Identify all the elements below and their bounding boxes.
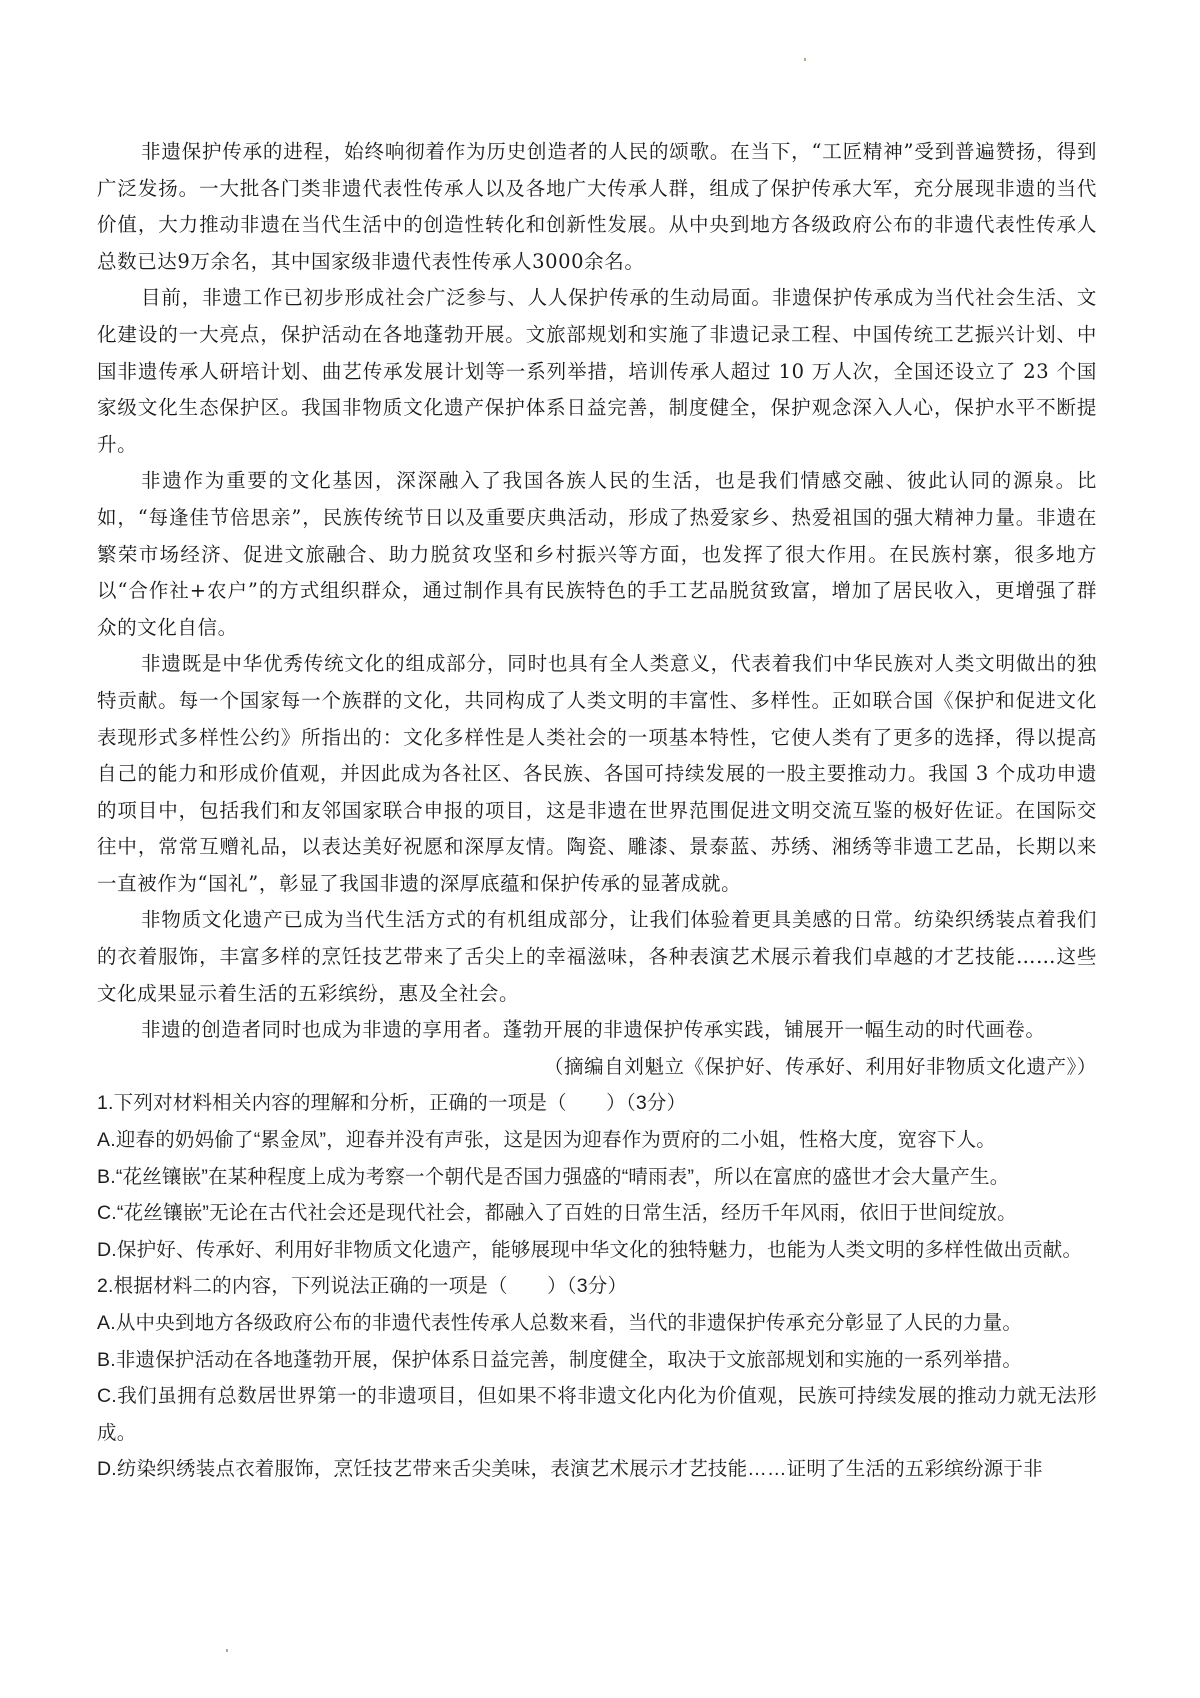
question-2-option-a: A.从中央到地方各级政府公布的非遗代表性传承人总数来看，当代的非遗保护传承充分彰… <box>97 1305 1097 1342</box>
question-2-option-c: C.我们虽拥有总数居世界第一的非遗项目，但如果不将非遗文化内化为价值观，民族可持… <box>97 1378 1097 1451</box>
question-2-option-b: B.非遗保护活动在各地蓬勃开展，保护体系日益完善，制度健全，取决于文旅部规划和实… <box>97 1342 1097 1379</box>
scan-speck <box>804 58 806 61</box>
source-citation: （摘编自刘魁立《保护好、传承好、利用好非物质文化遗产》） <box>97 1049 1097 1086</box>
scan-speck <box>226 1649 228 1652</box>
passage-paragraph-3: 非遗作为重要的文化基因，深深融入了我国各族人民的生活，也是我们情感交融、彼此认同… <box>97 463 1097 646</box>
exam-page: 非遗保护传承的进程，始终响彻着作为历史创造者的人民的颂歌。在当下，“工匠精神”受… <box>97 134 1097 1488</box>
passage-paragraph-6: 非遗的创造者同时也成为非遗的享用者。蓬勃开展的非遗保护传承实践，铺展开一幅生动的… <box>97 1012 1097 1049</box>
passage-paragraph-1: 非遗保护传承的进程，始终响彻着作为历史创造者的人民的颂歌。在当下，“工匠精神”受… <box>97 134 1097 280</box>
question-1-option-b: B.“花丝镶嵌”在某种程度上成为考察一个朝代是否国力强盛的“晴雨表”，所以在富庶… <box>97 1159 1097 1196</box>
question-1-stem: 1.下列对材料相关内容的理解和分析，正确的一项是（ ）（3分） <box>97 1085 1097 1122</box>
passage-paragraph-2: 目前，非遗工作已初步形成社会广泛参与、人人保护传承的生动局面。非遗保护传承成为当… <box>97 280 1097 463</box>
passage-paragraph-4: 非遗既是中华优秀传统文化的组成部分，同时也具有全人类意义，代表着我们中华民族对人… <box>97 646 1097 902</box>
question-1-option-a: A.迎春的奶妈偷了“累金凤”，迎春并没有声张，这是因为迎春作为贾府的二小姐，性格… <box>97 1122 1097 1159</box>
question-1-option-c: C.“花丝镶嵌”无论在古代社会还是现代社会，都融入了百姓的日常生活，经历千年风雨… <box>97 1195 1097 1232</box>
question-1-option-d: D.保护好、传承好、利用好非物质文化遗产，能够展现中华文化的独特魅力，也能为人类… <box>97 1232 1097 1269</box>
reading-passage: 非遗保护传承的进程，始终响彻着作为历史创造者的人民的颂歌。在当下，“工匠精神”受… <box>97 134 1097 1085</box>
question-2-stem: 2.根据材料二的内容，下列说法正确的一项是（ ）（3分） <box>97 1268 1097 1305</box>
question-2: 2.根据材料二的内容，下列说法正确的一项是（ ）（3分） A.从中央到地方各级政… <box>97 1268 1097 1488</box>
passage-paragraph-5: 非物质文化遗产已成为当代生活方式的有机组成部分，让我们体验着更具美感的日常。纺染… <box>97 902 1097 1012</box>
question-1: 1.下列对材料相关内容的理解和分析，正确的一项是（ ）（3分） A.迎春的奶妈偷… <box>97 1085 1097 1268</box>
question-2-option-d: D.纺染织绣装点衣着服饰，烹饪技艺带来舌尖美味，表演艺术展示才艺技能……证明了生… <box>97 1451 1097 1488</box>
